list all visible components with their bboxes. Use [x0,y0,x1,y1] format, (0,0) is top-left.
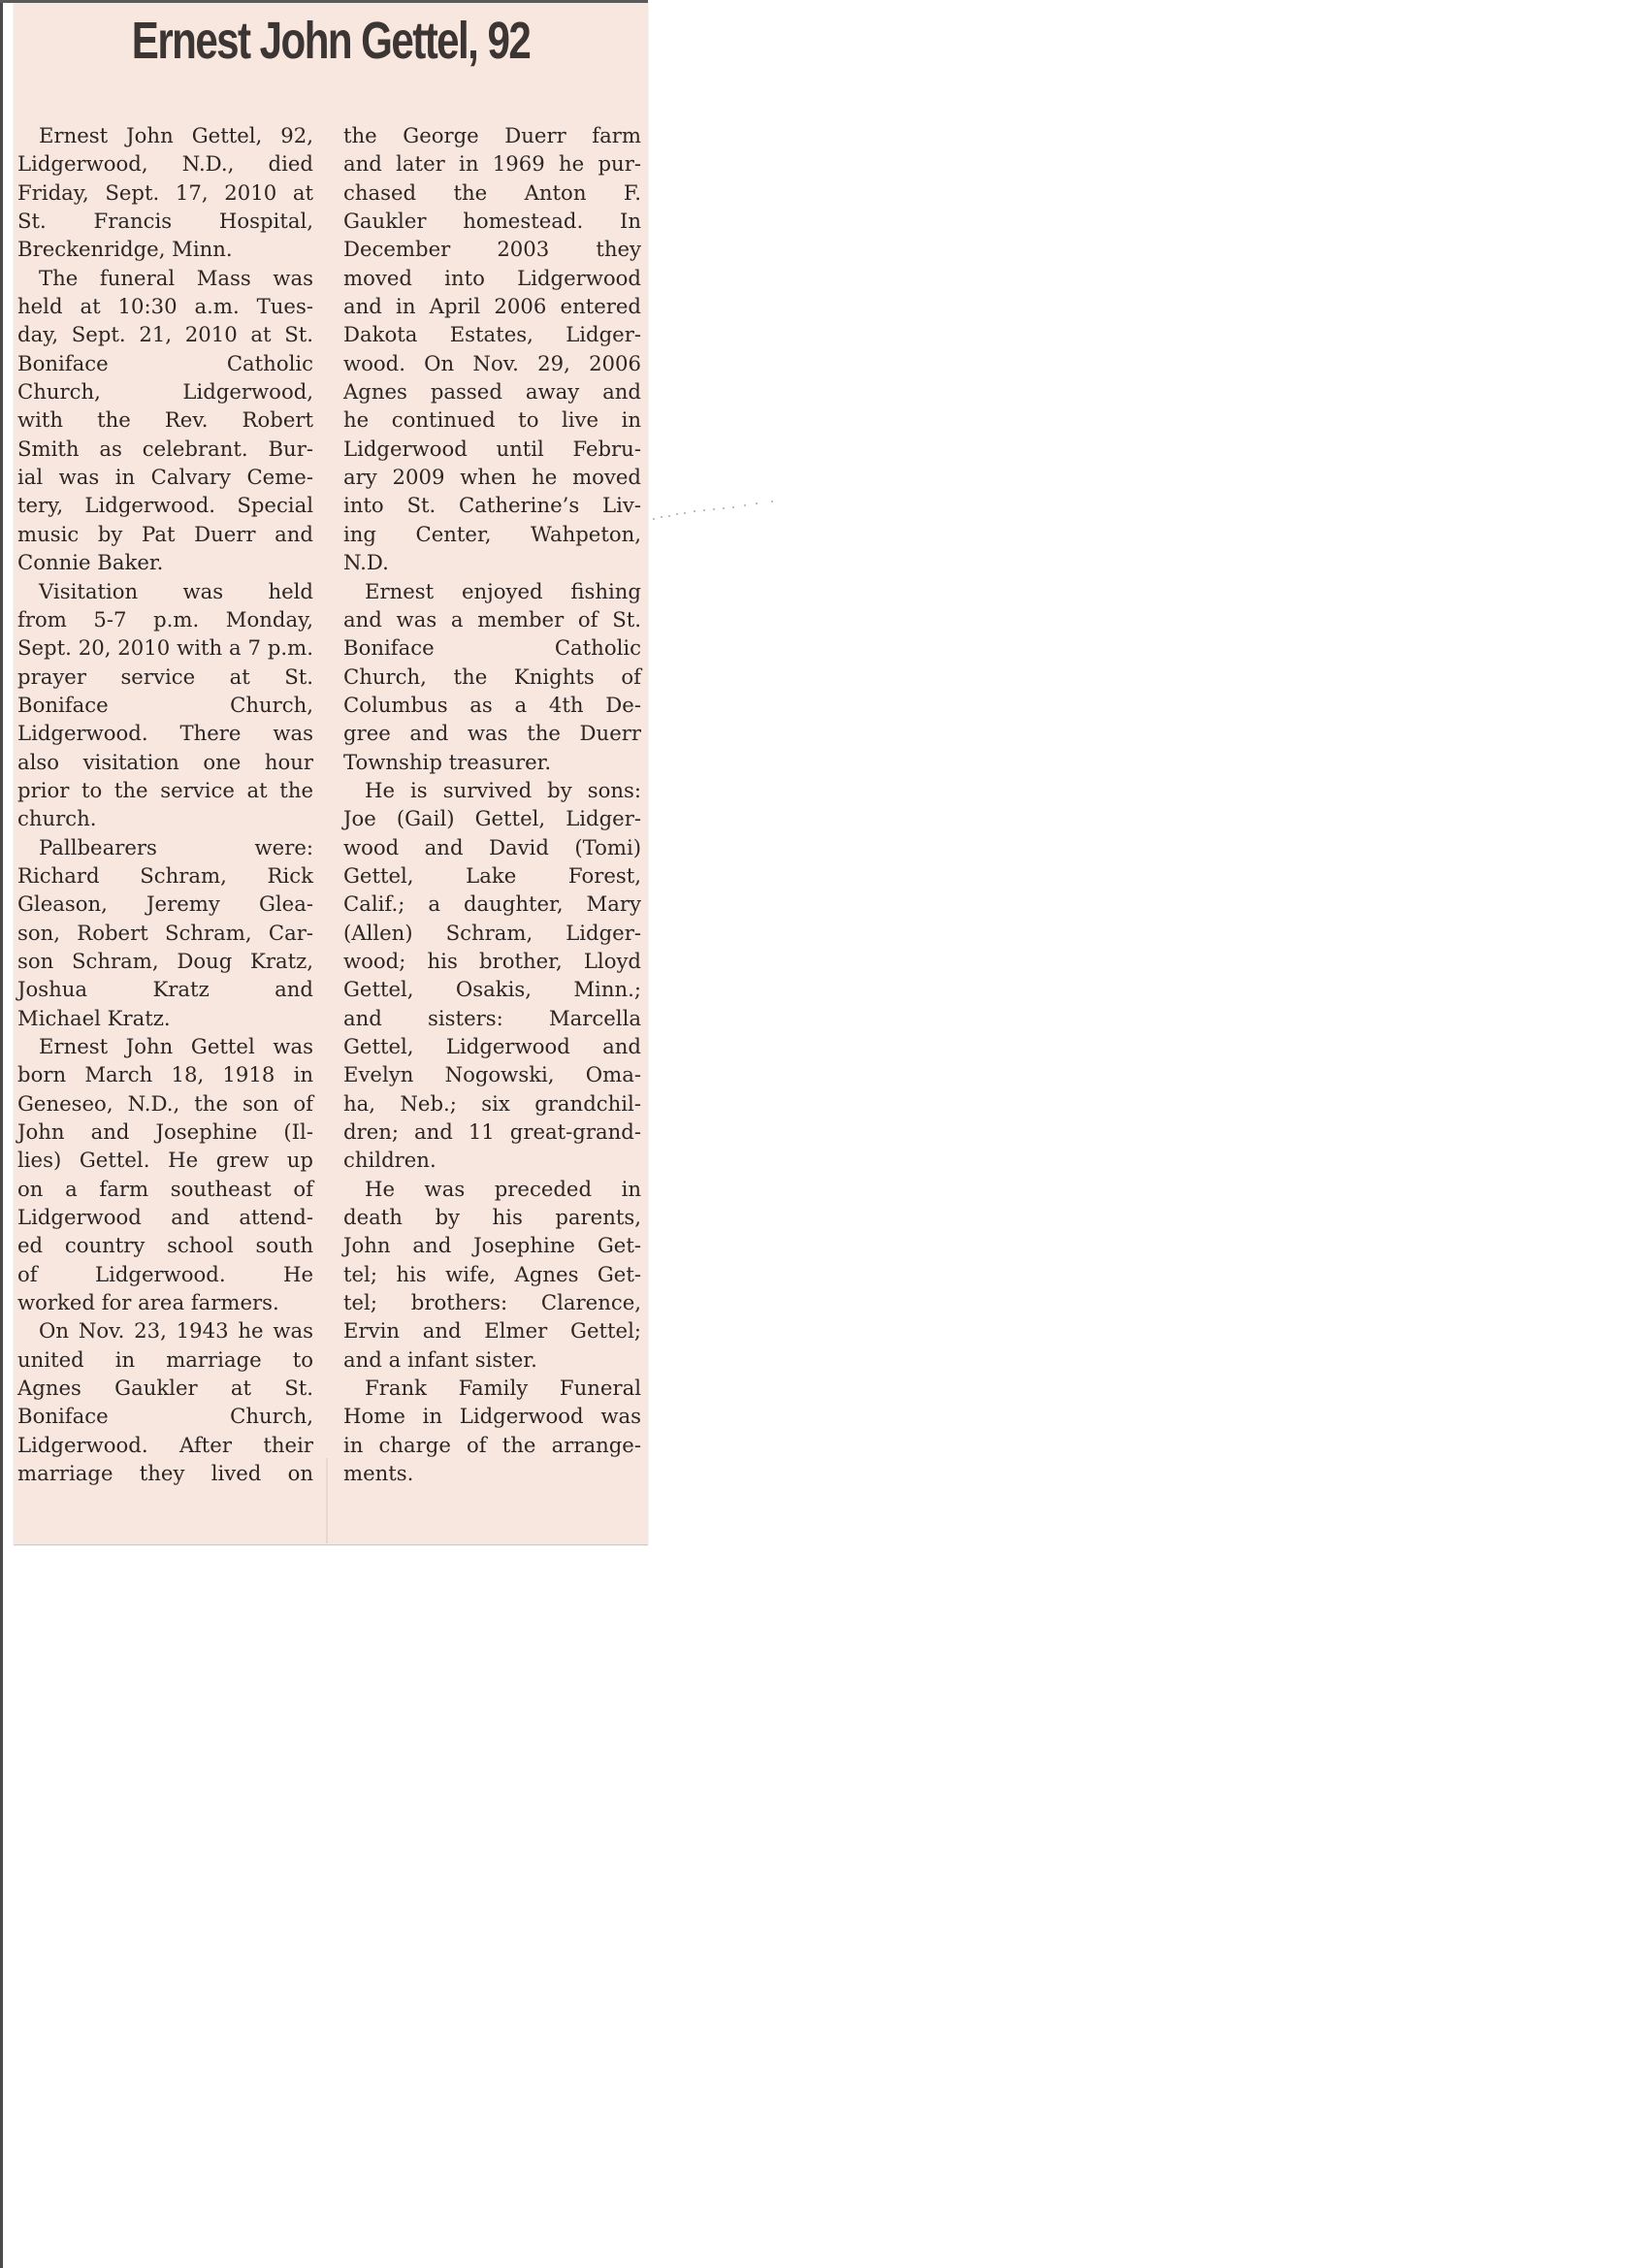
text-line: Ernest enjoyed fishing [343,577,641,605]
text-line: dren; and 11 great-grand- [343,1118,641,1146]
text-line: wood; his brother, Lloyd [343,947,641,975]
column-gutter-shadow [326,1458,328,1543]
text-line: lies) Gettel. He grew up [17,1146,313,1174]
text-line: and later in 1969 he pur- [343,149,641,178]
text-line: Dakota Estates, Lidger- [343,320,641,348]
text-line: Boniface Catholic [343,633,641,662]
text-line: Visitation was held [17,577,313,605]
text-line: December 2003 they [343,235,641,263]
text-line: worked for area farmers. [17,1288,313,1316]
text-line: held at 10:30 a.m. Tues- [17,292,313,320]
text-line: in charge of the arrange- [343,1431,641,1459]
text-line: Township treasurer. [343,748,641,776]
text-line: tel; brothers: Clarence, [343,1288,641,1316]
text-line: Church, the Knights of [343,663,641,691]
stray-scan-mark-icon [652,466,788,524]
text-line: also visitation one hour [17,748,313,776]
text-line: marriage they lived on [17,1459,313,1487]
text-line: wood and David (Tomi) [343,833,641,861]
text-line: Pallbearers were: [17,833,313,861]
scanner-edge-left [0,0,3,2268]
text-line: Boniface Church, [17,1402,313,1430]
text-line: born March 18, 1918 in [17,1060,313,1088]
text-line: chased the Anton F. [343,178,641,207]
text-line: ing Center, Wahpeton, [343,520,641,548]
text-line: from 5-7 p.m. Monday, [17,605,313,633]
text-line: Ervin and Elmer Gettel; [343,1316,641,1345]
text-line: Church, Lidgerwood, [17,377,313,405]
text-line: (Allen) Schram, Lidger- [343,919,641,947]
text-line: tel; his wife, Agnes Get- [343,1260,641,1288]
text-line: Gettel, Lake Forest, [343,861,641,890]
obituary-headline: Ernest John Gettel, 92 [83,11,578,71]
text-line: N.D. [343,548,641,576]
text-line: Joe (Gail) Gettel, Lidger- [343,804,641,832]
text-line: into St. Catherine’s Liv- [343,491,641,519]
text-line: on a farm southeast of [17,1175,313,1203]
text-line: moved into Lidgerwood [343,264,641,292]
text-line: The funeral Mass was [17,264,313,292]
text-line: with the Rev. Robert [17,405,313,434]
text-line: gree and was the Duerr [343,719,641,747]
text-column-1: Ernest John Gettel, 92,Lidgerwood, N.D.,… [17,121,313,1488]
text-line: John and Josephine (Il- [17,1118,313,1146]
text-line: He is survived by sons: [343,776,641,804]
text-line: Lidgerwood. There was [17,719,313,747]
text-line: Michael Kratz. [17,1004,313,1032]
text-line: of Lidgerwood. He [17,1260,313,1288]
text-line: Lidgerwood until Febru- [343,435,641,463]
text-line: Sept. 20, 2010 with a 7 p.m. [17,633,313,662]
text-line: wood. On Nov. 29, 2006 [343,349,641,377]
text-line: Evelyn Nogowski, Oma- [343,1060,641,1088]
text-line: ial was in Calvary Ceme- [17,463,313,491]
text-line: prayer service at St. [17,663,313,691]
text-line: Ernest John Gettel was [17,1032,313,1060]
text-line: Lidgerwood and attend- [17,1203,313,1231]
text-line: Gettel, Lidgerwood and [343,1032,641,1060]
text-line: Lidgerwood. After their [17,1431,313,1459]
text-line: Connie Baker. [17,548,313,576]
text-line: he continued to live in [343,405,641,434]
text-line: Smith as celebrant. Bur- [17,435,313,463]
text-line: Agnes passed away and [343,377,641,405]
text-line: Boniface Catholic [17,349,313,377]
text-line: Columbus as a 4th De- [343,691,641,719]
text-line: and was a member of St. [343,605,641,633]
text-line: John and Josephine Get- [343,1231,641,1259]
text-line: the George Duerr farm [343,121,641,149]
text-line: Richard Schram, Rick [17,861,313,890]
text-line: ary 2009 when he moved [343,463,641,491]
text-line: children. [343,1146,641,1174]
text-line: and a infant sister. [343,1345,641,1374]
text-line: On Nov. 23, 1943 he was [17,1316,313,1345]
text-line: Frank Family Funeral [343,1374,641,1402]
text-line: Geneseo, N.D., the son of [17,1089,313,1118]
text-line: Ernest John Gettel, 92, [17,121,313,149]
text-line: tery, Lidgerwood. Special [17,491,313,519]
text-line: Gleason, Jeremy Glea- [17,890,313,918]
text-line: son Schram, Doug Kratz, [17,947,313,975]
text-line: son, Robert Schram, Car- [17,919,313,947]
text-line: and sisters: Marcella [343,1004,641,1032]
text-line: Gettel, Osakis, Minn.; [343,975,641,1003]
text-line: ed country school south [17,1231,313,1259]
text-line: St. Francis Hospital, [17,207,313,235]
text-line: Friday, Sept. 17, 2010 at [17,178,313,207]
text-line: Gaukler homestead. In [343,207,641,235]
newspaper-clipping: Ernest John Gettel, 92 Ernest John Gette… [14,3,648,1544]
text-line: church. [17,804,313,832]
text-line: Lidgerwood, N.D., died [17,149,313,178]
text-line: ments. [343,1459,641,1487]
text-line: Calif.; a daughter, Mary [343,890,641,918]
text-line: united in marriage to [17,1345,313,1374]
text-line: ha, Neb.; six grandchil- [343,1089,641,1118]
text-column-2: the George Duerr farmand later in 1969 h… [343,121,641,1488]
text-line: and in April 2006 entered [343,292,641,320]
text-line: music by Pat Duerr and [17,520,313,548]
text-line: He was preceded in [343,1175,641,1203]
text-line: day, Sept. 21, 2010 at St. [17,320,313,348]
text-line: Home in Lidgerwood was [343,1402,641,1430]
text-line: death by his parents, [343,1203,641,1231]
text-line: Joshua Kratz and [17,975,313,1003]
text-line: Breckenridge, Minn. [17,235,313,263]
text-line: Boniface Church, [17,691,313,719]
text-line: prior to the service at the [17,776,313,804]
text-line: Agnes Gaukler at St. [17,1374,313,1402]
